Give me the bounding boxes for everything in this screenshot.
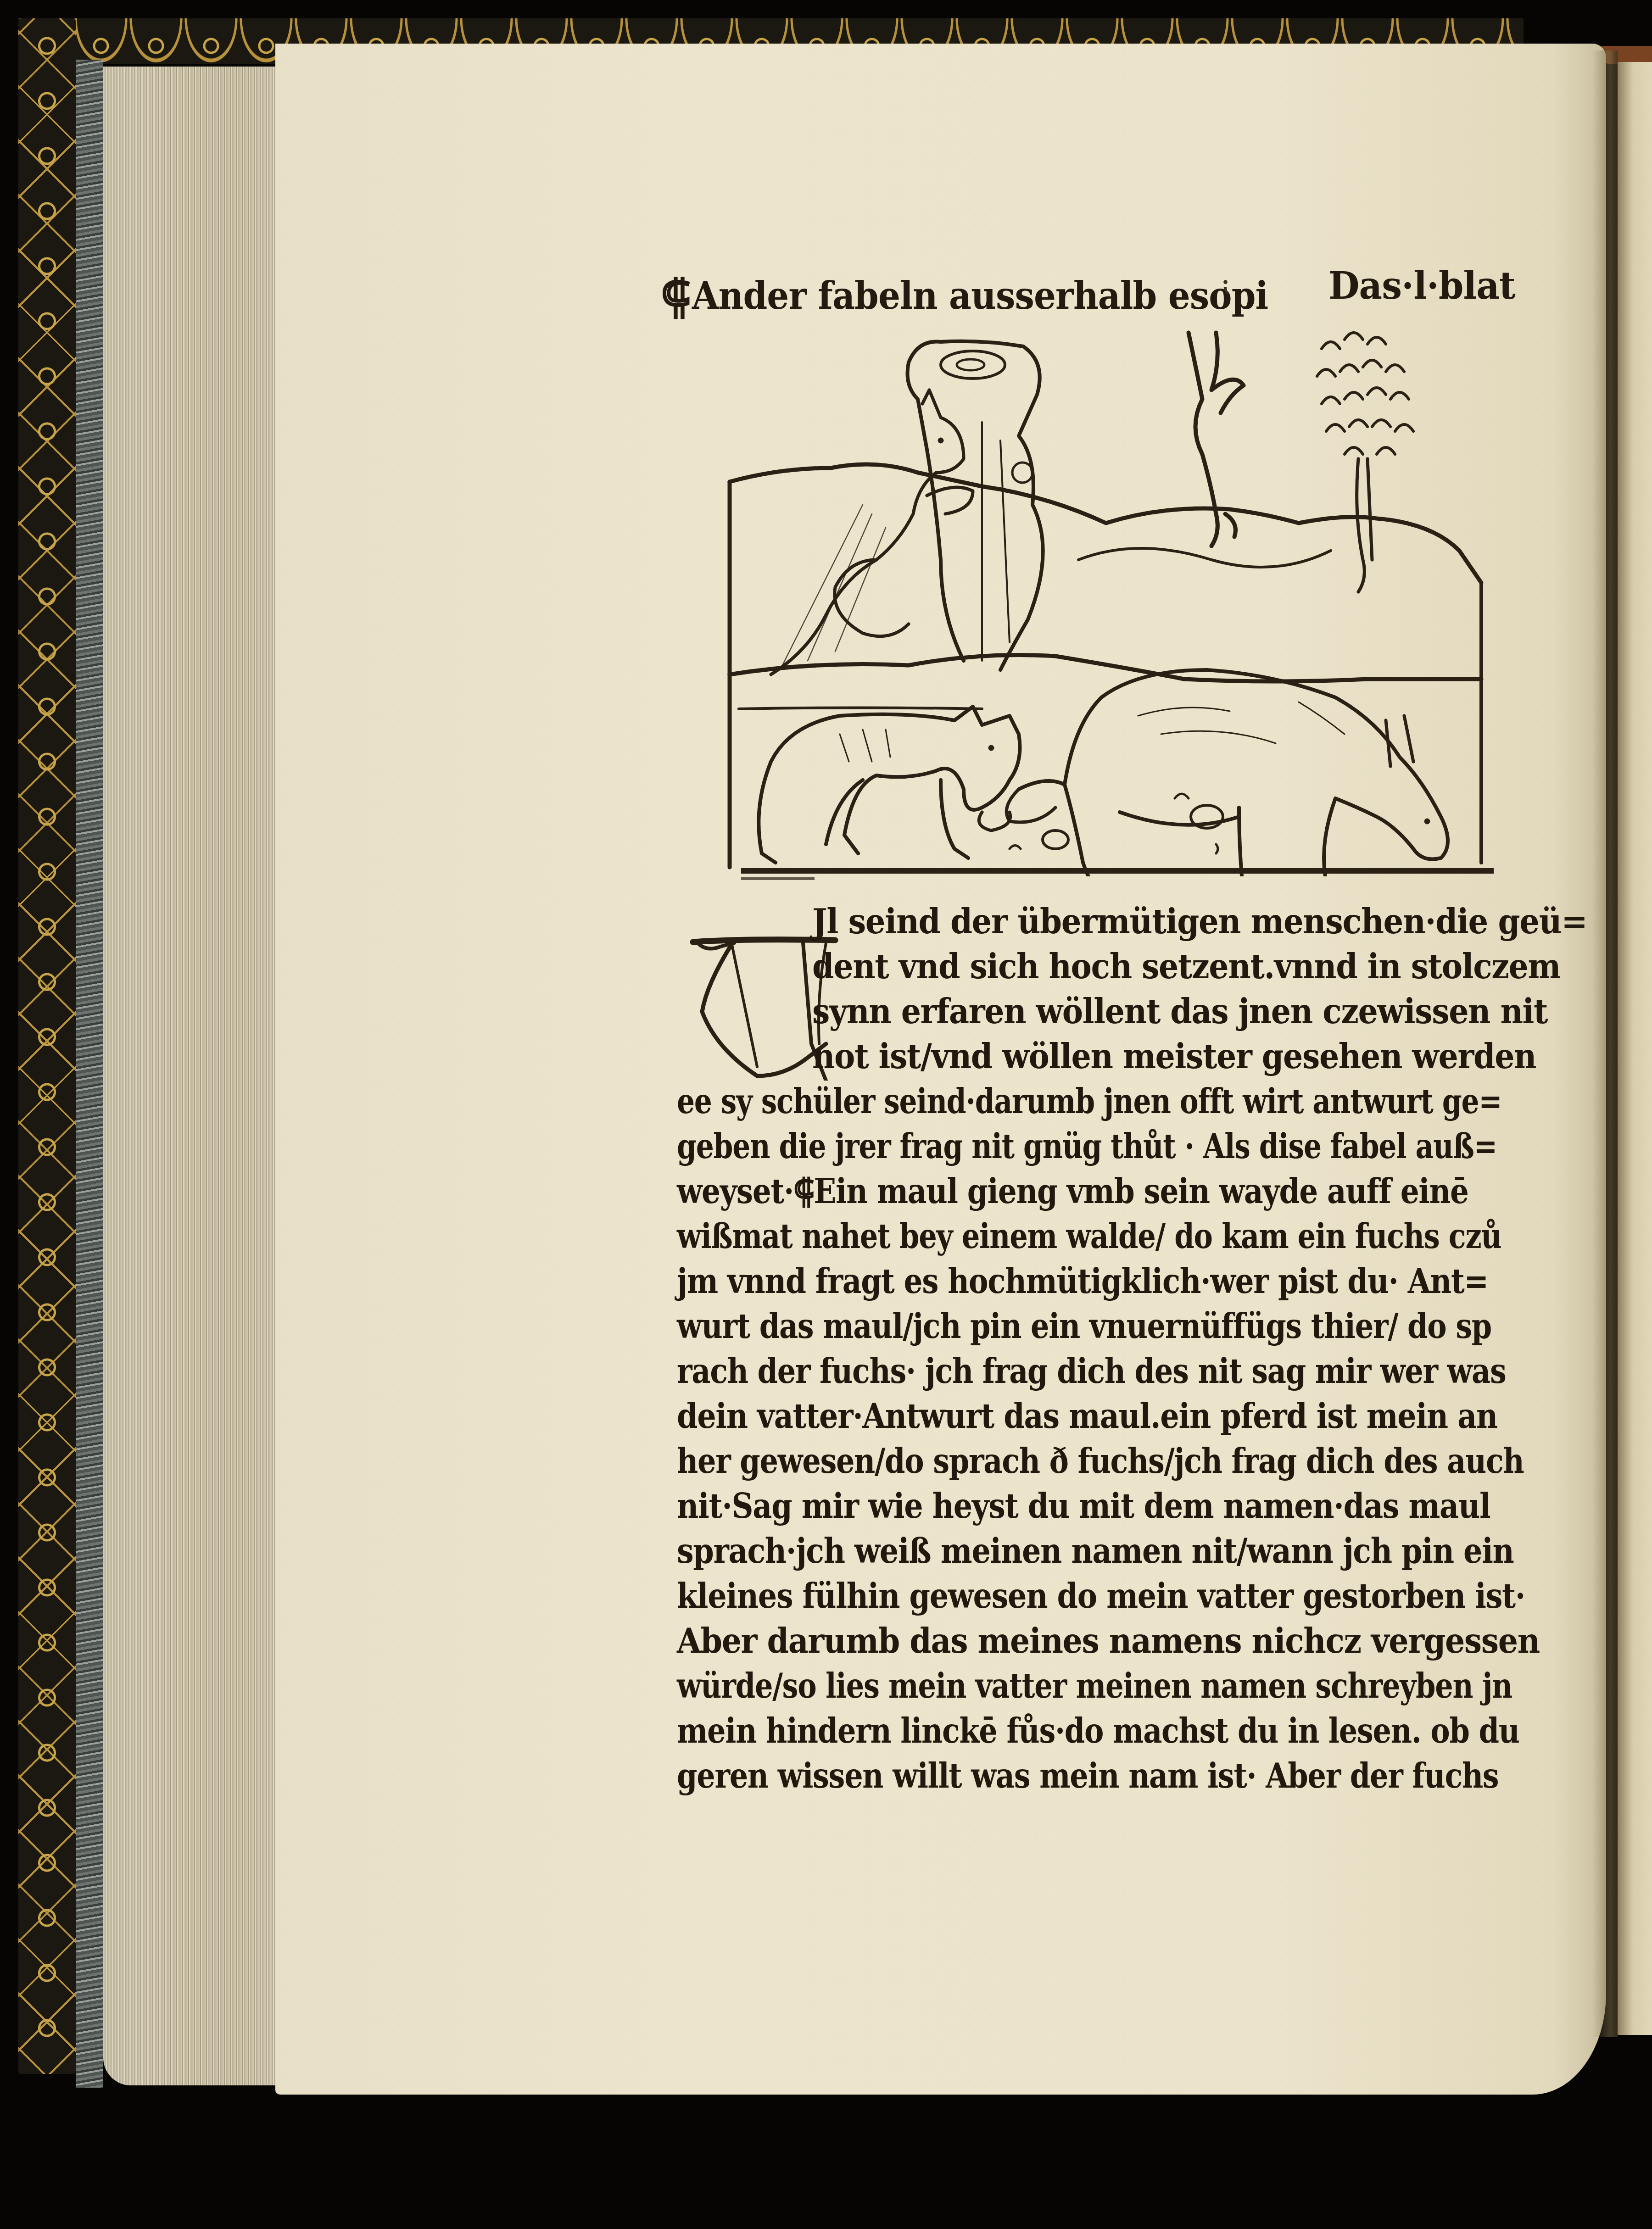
text-line: ee sy schüler seind·darumb jnen offt wir… [677,1079,1502,1124]
text-line: Jl seind der übermütigen menschen·die ge… [812,899,1587,944]
text-line: her gewesen/do sprach ð fuchs/jch frag d… [677,1439,1524,1484]
text-line: nit·Sag mir wie heyst du mit dem namen·d… [677,1484,1490,1529]
text-line: geben die jrer frag nit gnüg thůt · Als … [677,1124,1497,1169]
running-head-title: ⸿Ander fabeln ausserhalb esopi [661,264,1268,326]
woodcut-bottom-rule [741,868,1494,874]
text-line: Aber darumb das meines namens nichcz ver… [677,1619,1540,1664]
text-line: sprach·jch weiß meinen namen nit/wann jc… [677,1529,1514,1574]
text-line: geren wissen willt was mein nam ist· Abe… [677,1754,1498,1799]
bare-tree-icon [1189,333,1244,546]
pilcrow-icon: ⸿ [661,269,690,323]
text-line: mein hindern linckē fůs·do machst du in … [677,1709,1519,1754]
signature-mark: ⁏ [1223,271,1231,295]
fox-icon [771,390,964,674]
stone-icon [1043,830,1068,849]
text-line: weyset·⸿Ein maul gieng vmb sein wayde au… [677,1169,1468,1214]
text-line: not ist/vnd wöllen meister gesehen werde… [812,1034,1536,1079]
wolf-icon [759,707,1020,863]
marbled-endpaper [76,60,103,2088]
running-head-text: Ander fabeln ausserhalb esopi [692,274,1268,318]
text-line: jm vnnd fragt es hochmütigklich·wer pist… [677,1259,1488,1304]
text-line: dein vatter·Antwurt das maul.ein pferd i… [677,1394,1497,1439]
page-edge-stack [103,67,282,2085]
text-line: wißmat nahet bey einem walde/ do kam ein… [677,1214,1501,1259]
gilt-cover-border-left [18,18,76,2074]
text-line: synn erfaren wöllent das jnen czewissen … [812,989,1547,1034]
mule-icon [1019,670,1448,876]
woodcut-rule-ornament [741,877,815,880]
text-line: rach der fuchs· jch frag dich des nit sa… [677,1349,1506,1394]
text-line: würde/so lies mein vatter meinen namen s… [677,1664,1512,1709]
facing-page-sliver [1618,62,1652,2035]
text-line: kleines fülhin gewesen do mein vatter ge… [677,1574,1525,1619]
folio-number: Das·l·blat [1328,264,1515,308]
leafy-tree-icon [1357,459,1372,592]
text-line: dent vnd sich hoch setzent.vnnd in stolc… [812,944,1560,989]
gutter-shadow [1592,50,1618,2037]
midground-line [730,655,1481,682]
text-line: wurt das maul/jch pin ein vnuernüffügs t… [677,1304,1491,1349]
woodcut-illustration [725,321,1496,876]
